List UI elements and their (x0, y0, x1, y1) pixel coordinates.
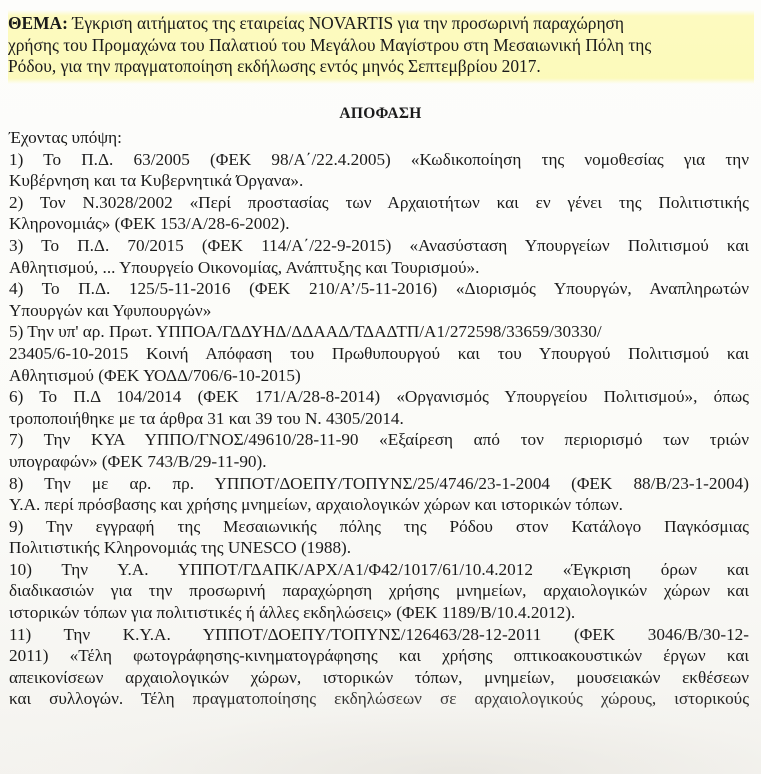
considerations-body: Έχοντας υπόψη: 1) Το Π.Δ. 63/2005 (ΦΕΚ 9… (9, 127, 749, 710)
decision-title: ΑΠΟΦΑΣΗ (0, 105, 761, 123)
consideration-item-1: 1) Το Π.Δ. 63/2005 (ΦΕΚ 98/Α΄/22.4.2005)… (9, 149, 749, 192)
consideration-item-4: 4) Το Π.Δ. 125/5-11-2016 (ΦΕΚ 210/Α’/5-1… (9, 278, 749, 321)
subject-block: ΘΕΜΑ: Έγκριση αιτήματος της εταιρείας NO… (8, 10, 754, 84)
consideration-item-10: 10) Την Υ.Α. ΥΠΠΟΤ/ΓΔΑΠΚ/ΑΡΧ/Α1/Φ42/1017… (9, 559, 749, 624)
consideration-item-6: 6) Το Π.Δ 104/2014 (ΦΕΚ 171/Α/28-8-2014)… (9, 386, 749, 429)
consideration-item-2: 2) Τον Ν.3028/2002 «Περί προστασίας των … (9, 192, 749, 235)
scanned-document-page: ΘΕΜΑ: Έγκριση αιτήματος της εταιρείας NO… (0, 0, 761, 774)
intro-text: Έχοντας υπόψη: (9, 127, 749, 149)
subject-line-1: ΘΕΜΑ: Έγκριση αιτήματος της εταιρείας NO… (8, 13, 754, 35)
subject-label: ΘΕΜΑ: (8, 13, 68, 33)
consideration-item-5: 5) Την υπ' αρ. Πρωτ. ΥΠΠΟΑ/ΓΔΔΥΗΔ/ΔΔΑΑΔ/… (9, 321, 749, 386)
consideration-item-7: 7) Την ΚΥΑ ΥΠΠΟ/ΓΝΟΣ/49610/28-11-90 «Εξα… (9, 429, 749, 472)
consideration-item-9: 9) Την εγγραφή της Μεσαιωνικής πόλης της… (9, 516, 749, 559)
subject-line-2: χρήσης του Προμαχώνα του Παλατιού του Με… (8, 35, 754, 57)
consideration-item-8: 8) Την με αρ. πρ. ΥΠΠΟΤ/ΔΟΕΠΥ/ΤΟΠΥΝΣ/25/… (9, 473, 749, 516)
subject-line-3: Ρόδου, για την πραγματοποίηση εκδήλωσης … (8, 56, 754, 78)
consideration-item-3: 3) Το Π.Δ. 70/2015 (ΦΕΚ 114/Α΄/22-9-2015… (9, 235, 749, 278)
consideration-item-11: 11) Την Κ.Υ.Α. ΥΠΠΟΤ/ΔΟΕΠΥ/ΤΟΠΥΝΣ/126463… (9, 624, 749, 710)
